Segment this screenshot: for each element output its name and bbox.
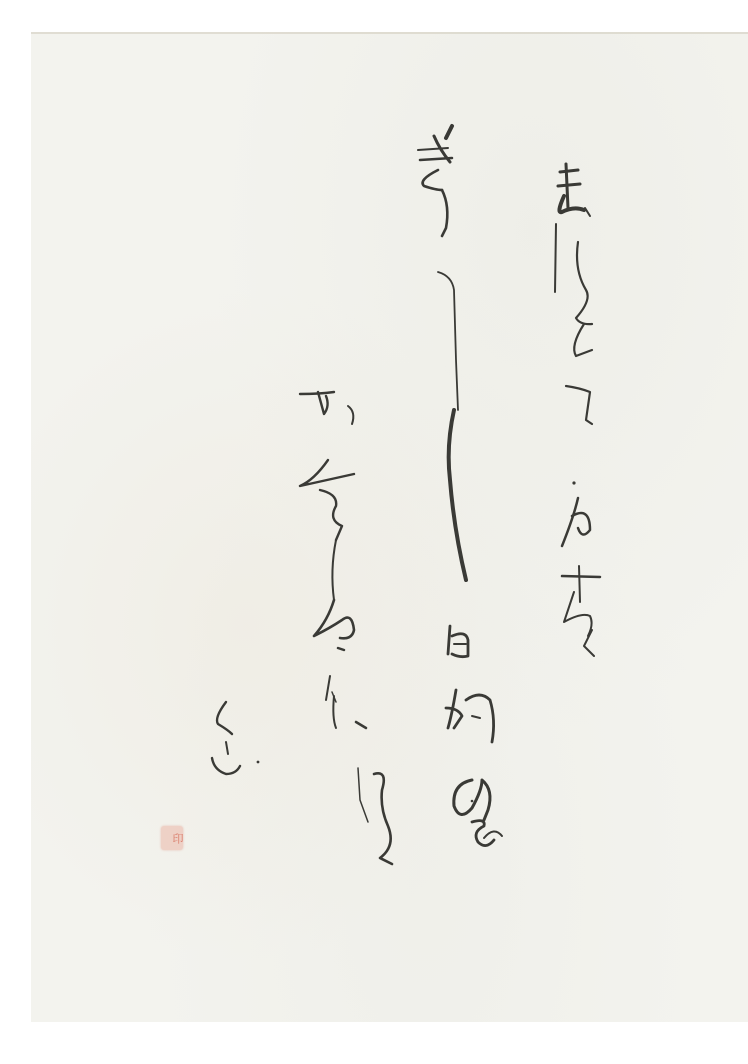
seal-text: 印: [161, 826, 183, 850]
signature-strokes: [212, 702, 259, 774]
column-1-strokes: [555, 164, 600, 656]
column-2-lower-strokes: [446, 626, 502, 846]
brush-calligraphy: [0, 0, 748, 1064]
red-seal: 印: [161, 826, 183, 850]
column-2-strokes: [418, 126, 466, 580]
column-3-strokes: [300, 392, 392, 864]
